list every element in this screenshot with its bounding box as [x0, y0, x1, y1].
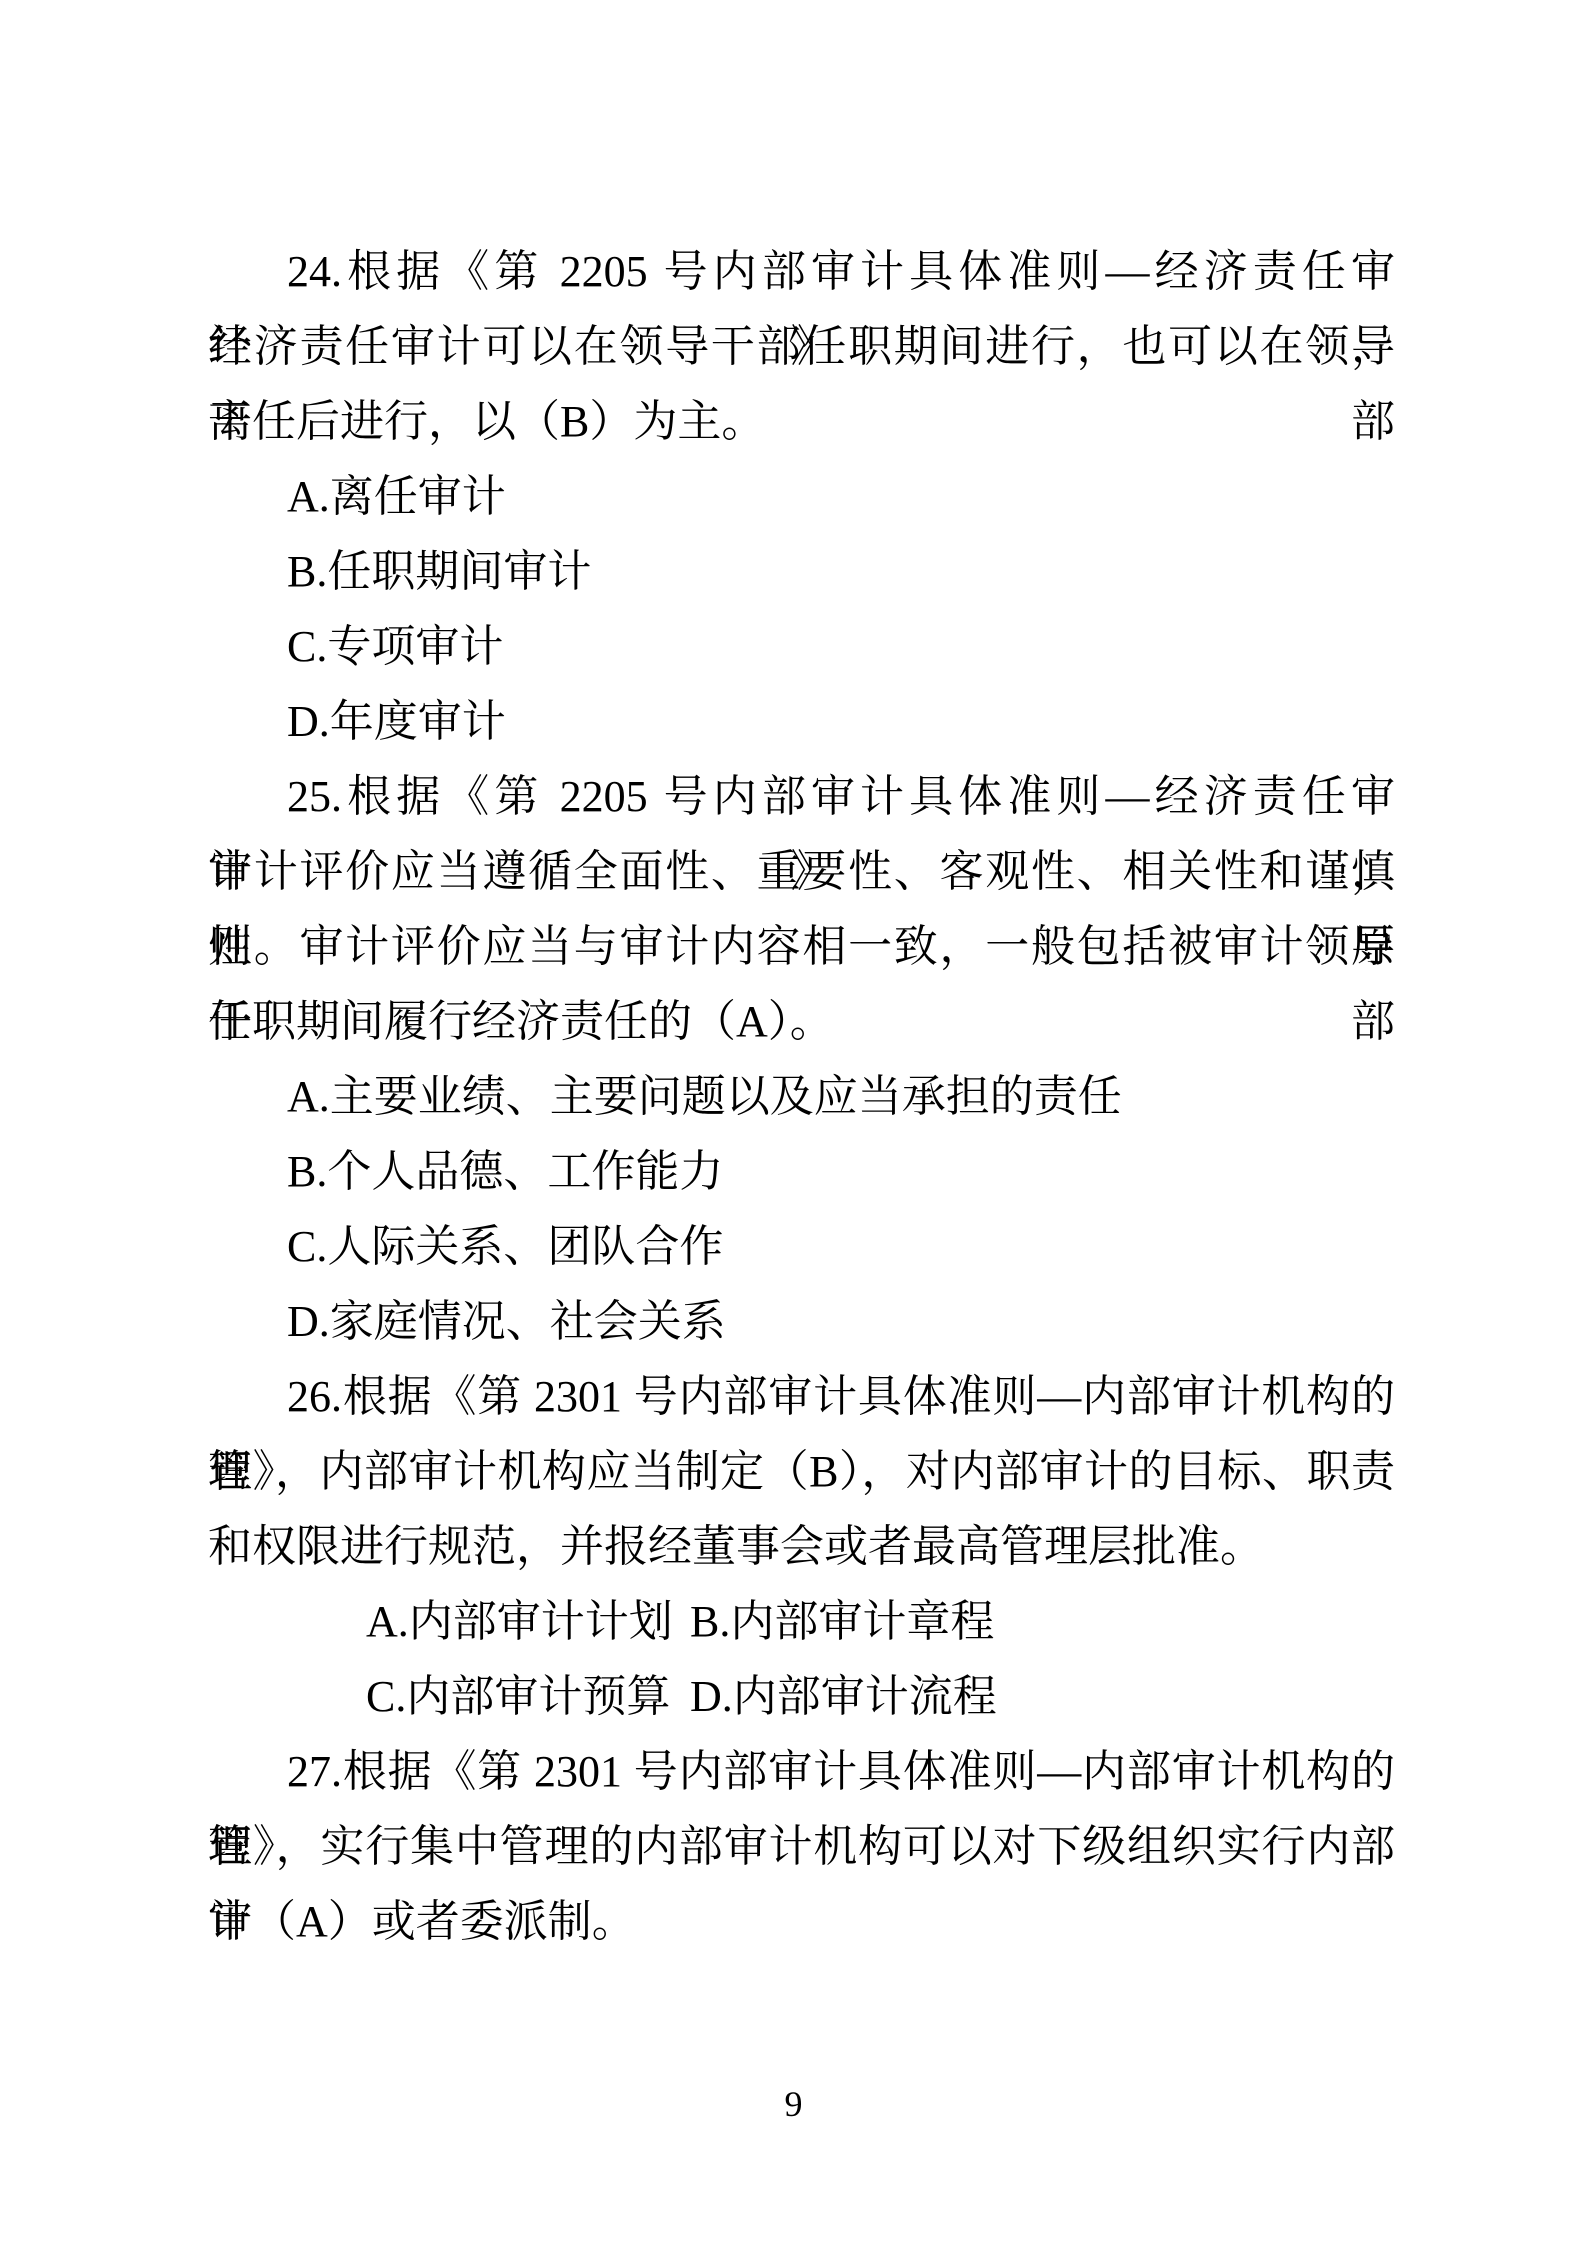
stem-line: 审计评价应当遵循全面性、重要性、客观性、相关性和谨慎性原 [208, 834, 1395, 909]
option-row: C.内部审计预算D.内部审计流程 [208, 1659, 1395, 1734]
question-27: 27.根据《第 2301 号内部审计具体准则—内部审计机构的管 理》，实行集中管… [208, 1734, 1395, 1959]
option-item: C.内部审计预算 [287, 1659, 690, 1734]
stem-line: 经济责任审计可以在领导干部任职期间进行，也可以在领导干部 [208, 309, 1395, 384]
option-item: A.内部审计计划 [287, 1584, 690, 1659]
stem-line: 理》，实行集中管理的内部审计机构可以对下级组织实行内部审 [208, 1809, 1395, 1884]
question-26: 26.根据《第 2301 号内部审计具体准则—内部审计机构的管 理》，内部审计机… [208, 1359, 1395, 1734]
text-body: 24.根据《第 2205 号内部审计具体准则—经济责任审计》， 经济责任审计可以… [208, 234, 1395, 1959]
option-item: B.内部审计章程 [690, 1597, 994, 1646]
document-page: { "questions": [ { "number": "24", "stem… [0, 0, 1587, 2245]
option-item: D.家庭情况、社会关系 [208, 1284, 1395, 1359]
option-item: C.专项审计 [208, 609, 1395, 684]
option-item: A.离任审计 [208, 459, 1395, 534]
option-row: A.内部审计计划B.内部审计章程 [208, 1584, 1395, 1659]
stem-line: 计（A）或者委派制。 [208, 1884, 1395, 1959]
stem-line: 24.根据《第 2205 号内部审计具体准则—经济责任审计》， [208, 234, 1395, 309]
stem-line: 27.根据《第 2301 号内部审计具体准则—内部审计机构的管 [208, 1734, 1395, 1809]
option-item: A.主要业绩、主要问题以及应当承担的责任 [208, 1059, 1395, 1134]
stem-line: 理》，内部审计机构应当制定（B），对内部审计的目标、职责 [208, 1434, 1395, 1509]
option-item: D.内部审计流程 [690, 1672, 997, 1721]
option-item: B.任职期间审计 [208, 534, 1395, 609]
stem-line: 和权限进行规范，并报经董事会或者最高管理层批准。 [208, 1509, 1395, 1584]
option-item: B.个人品德、工作能力 [208, 1134, 1395, 1209]
stem-line: 25.根据《第 2205 号内部审计具体准则—经济责任审计》， [208, 759, 1395, 834]
option-item: D.年度审计 [208, 684, 1395, 759]
stem-line: 则。审计评价应当与审计内容相一致，一般包括被审计领导干部 [208, 909, 1395, 984]
option-item: C.人际关系、团队合作 [208, 1209, 1395, 1284]
page-number: 9 [0, 2084, 1587, 2124]
stem-line: 26.根据《第 2301 号内部审计具体准则—内部审计机构的管 [208, 1359, 1395, 1434]
question-24: 24.根据《第 2205 号内部审计具体准则—经济责任审计》， 经济责任审计可以… [208, 234, 1395, 759]
question-25: 25.根据《第 2205 号内部审计具体准则—经济责任审计》， 审计评价应当遵循… [208, 759, 1395, 1359]
